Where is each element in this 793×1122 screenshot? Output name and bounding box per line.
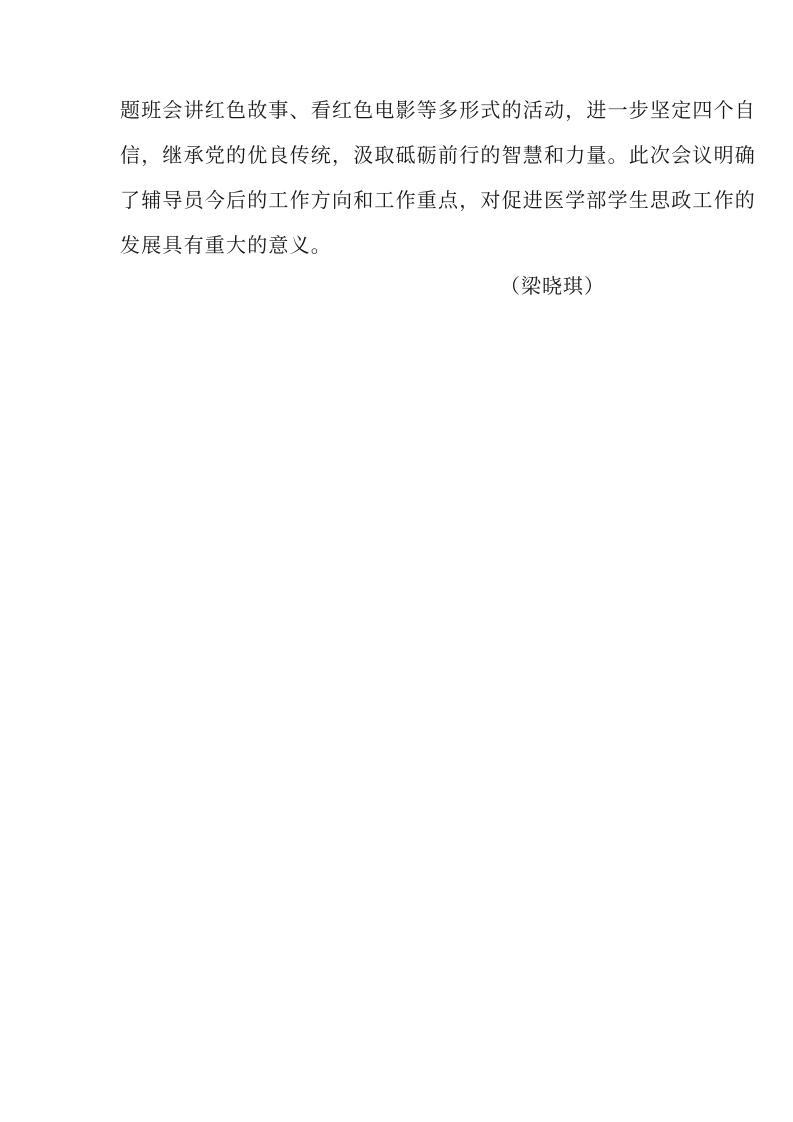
author-signature: （梁晓琪） <box>500 272 605 300</box>
paragraph-line: 发展具有重大的意义。 <box>120 231 680 276</box>
paragraph-line: 题班会讲红色故事、看红色电影等多形式的活动，进一步坚定四个自 <box>120 96 680 141</box>
paragraph-line: 信，继承党的优良传统，汲取砥砺前行的智慧和力量。此次会议明确 <box>120 141 680 186</box>
body-paragraph: 题班会讲红色故事、看红色电影等多形式的活动，进一步坚定四个自 信，继承党的优良传… <box>120 96 680 276</box>
paragraph-line: 了辅导员今后的工作方向和工作重点，对促进医学部学生思政工作的 <box>120 186 680 231</box>
document-page: 题班会讲红色故事、看红色电影等多形式的活动，进一步坚定四个自 信，继承党的优良传… <box>0 0 793 1122</box>
